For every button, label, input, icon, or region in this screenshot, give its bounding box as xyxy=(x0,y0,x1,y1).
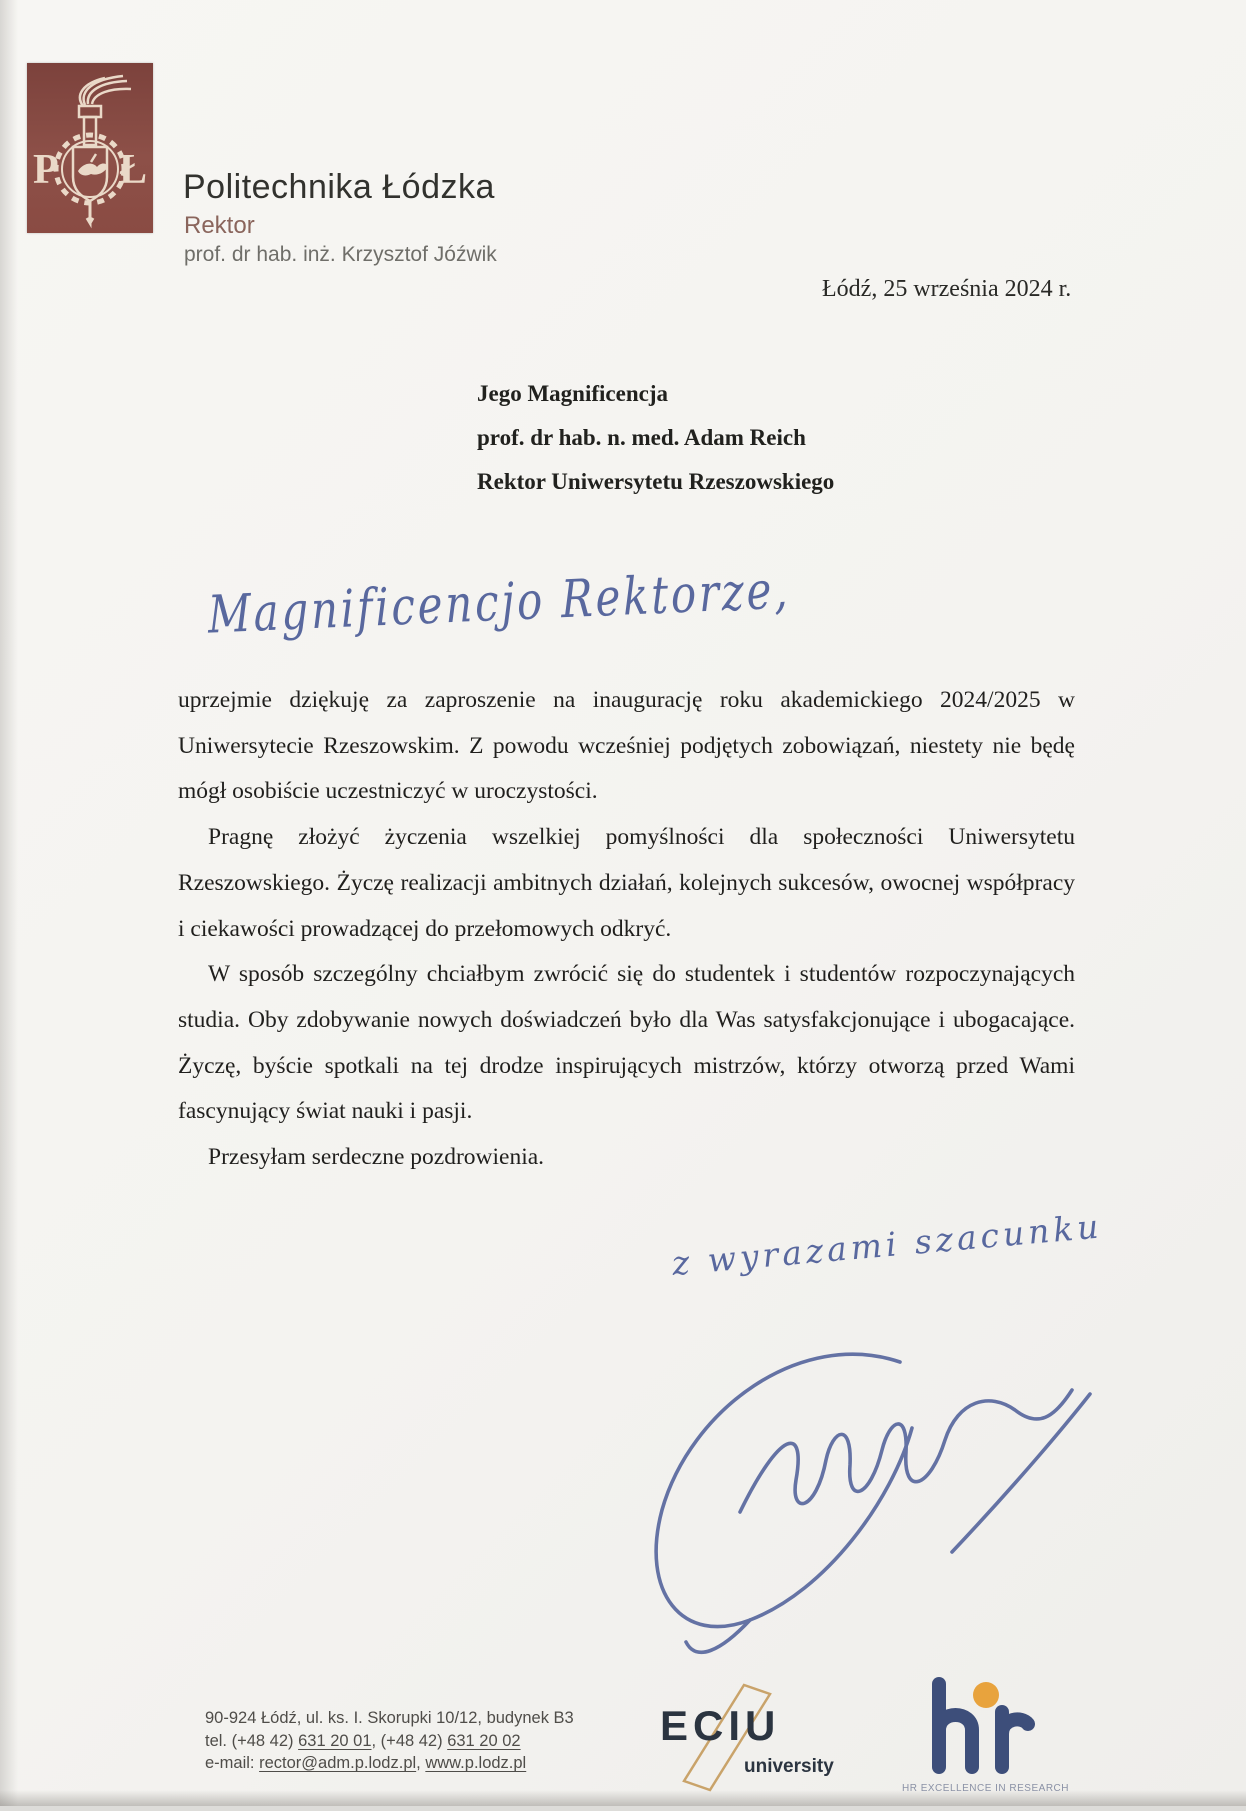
eciu-subtitle: university xyxy=(744,1756,834,1778)
website-address: www.p.lodz.pl xyxy=(425,1754,526,1772)
footer-phone-line: tel. (+48 42) 631 20 01, (+48 42) 631 20… xyxy=(205,1730,574,1753)
organization-name: Politechnika Łódzka xyxy=(183,168,495,207)
logo-letter-p: P xyxy=(33,147,59,193)
eciu-logo: ECIU university xyxy=(658,1682,858,1792)
rector-name: prof. dr hab. inż. Krzysztof Jóźwik xyxy=(184,243,497,267)
recipient-line-3: Rektor Uniwersytetu Rzeszowskiego xyxy=(477,460,834,504)
scanned-letter-page: P Ł Politechnika Łódzka Rektor prof. dr … xyxy=(0,0,1246,1811)
recipient-line-1: Jego Magnificencja xyxy=(477,372,834,416)
footer-email-line: e-mail: rector@adm.p.lodz.pl, www.p.lodz… xyxy=(205,1752,574,1775)
handwritten-closing: z wyrazami szacunku xyxy=(670,1206,1104,1282)
organization-role: Rektor xyxy=(184,212,255,240)
paragraph-4: Przesyłam serdeczne pozdrowienia. xyxy=(178,1135,1075,1181)
footer-address: 90-924 Łódź, ul. ks. I. Skorupki 10/12, … xyxy=(205,1707,574,1730)
eagle-icon xyxy=(78,164,108,176)
paragraph-1: uprzejmie dziękuję za zaproszenie na ina… xyxy=(178,678,1075,815)
logo-letter-l: Ł xyxy=(119,147,147,193)
phone-number-1: 631 20 01 xyxy=(298,1732,371,1750)
email-separator: , xyxy=(416,1754,425,1772)
footer-contact-block: 90-924 Łódź, ul. ks. I. Skorupki 10/12, … xyxy=(205,1707,574,1775)
hr-caption: HR EXCELLENCE IN RESEARCH xyxy=(902,1783,1069,1794)
phone-number-2: 631 20 02 xyxy=(447,1732,520,1750)
recipient-line-2: prof. dr hab. n. med. Adam Reich xyxy=(477,416,834,460)
scan-edge-bottom-strip xyxy=(0,1806,1246,1811)
pl-emblem-icon: P Ł xyxy=(27,63,153,233)
hr-glyph-icon xyxy=(925,1676,1035,1776)
dateline: Łódź, 25 września 2024 r. xyxy=(822,276,1142,303)
scan-edge-left xyxy=(0,0,18,1811)
paragraph-3: W sposób szczególny chciałbym zwrócić si… xyxy=(178,952,1075,1135)
phone-prefix: tel. (+48 42) xyxy=(205,1732,298,1750)
university-logo: P Ł xyxy=(27,63,153,233)
phone-separator: , (+48 42) xyxy=(372,1732,448,1750)
handwritten-salutation: Magnificencjo Rektorze, xyxy=(207,560,791,645)
email-label: e-mail: xyxy=(205,1754,259,1772)
signature-icon xyxy=(600,1300,1120,1670)
paragraph-2: Pragnę złożyć życzenia wszelkiej pomyśln… xyxy=(178,815,1075,952)
hr-dot-icon xyxy=(973,1682,999,1708)
hr-excellence-logo: HR EXCELLENCE IN RESEARCH xyxy=(925,1676,1105,1801)
recipient-block: Jego Magnificencja prof. dr hab. n. med.… xyxy=(477,372,834,504)
eciu-name: ECIU xyxy=(660,1702,780,1750)
email-address: rector@adm.p.lodz.pl xyxy=(259,1754,416,1772)
letter-body: uprzejmie dziękuję za zaproszenie na ina… xyxy=(178,678,1075,1181)
